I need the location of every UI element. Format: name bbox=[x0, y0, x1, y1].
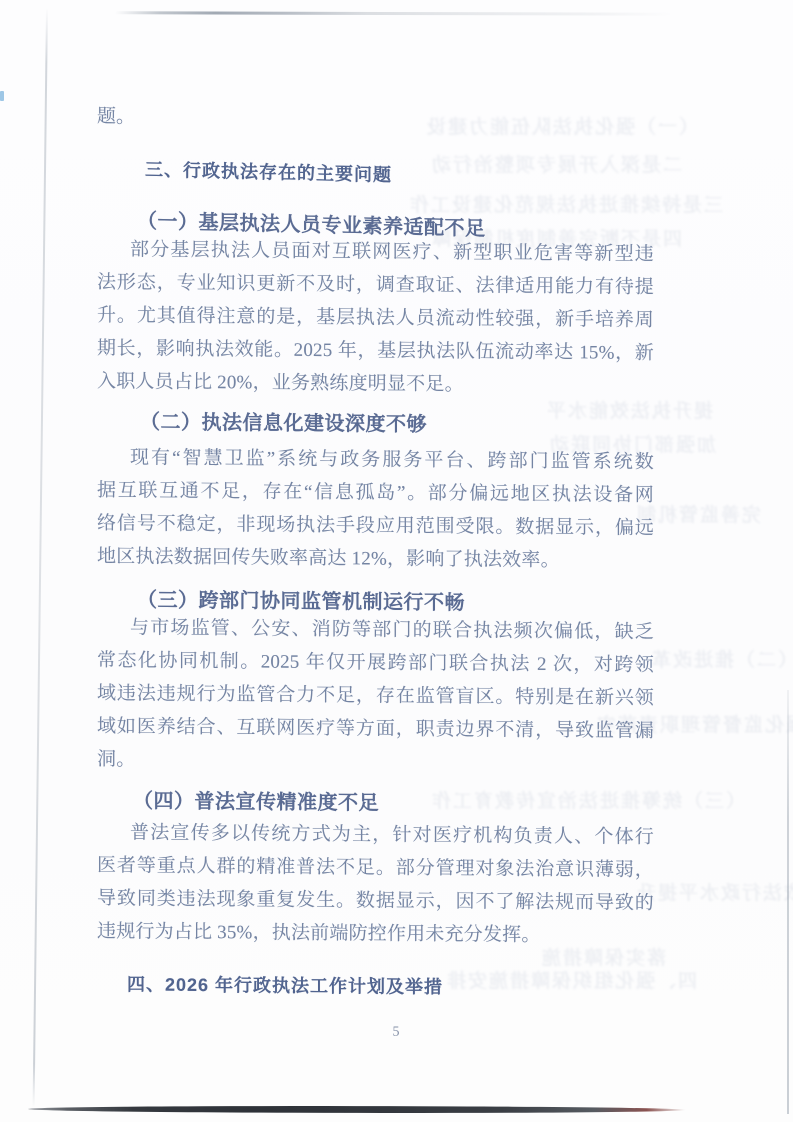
subsection-heading-3: （三）跨部门协同监管机制运行不畅 bbox=[137, 583, 465, 615]
paragraph-line: 洞。 bbox=[97, 747, 654, 777]
section-heading-4-work-plan: 四、2026 年行政执法工作计划及举措 bbox=[127, 970, 443, 999]
paragraph-line: 常态化协同机制。2025 年仅开展跨部门联合执法 2 次，对跨领 bbox=[97, 648, 654, 678]
scanned-document-page: （一）强化执法队伍能力建设 二是深入开展专项整治行动 三是持续推进执法规范化建设… bbox=[0, 0, 793, 1122]
paragraph-line: 据互联互通不足，存在“信息孤岛”。部分偏远地区执法设备网 bbox=[97, 478, 654, 508]
paragraph-line: 与市场监管、公安、消防等部门的联合执法频次偏低，缺乏 bbox=[97, 615, 654, 645]
paragraph-line: 现有“智慧卫监”系统与政务服务平台、跨部门监管系统数 bbox=[97, 445, 654, 475]
paragraph-continuation-line: 题。 bbox=[97, 101, 135, 129]
paragraph-line: 导致同类违法现象重复发生。数据显示，因不了解法规而导致的 bbox=[97, 886, 654, 916]
paragraph-line: 期长，影响执法效能。2025 年，基层执法队伍流动率达 15%，新 bbox=[97, 336, 654, 366]
subsection-heading-2: （二）执法信息化建设深度不够 bbox=[140, 405, 427, 437]
subsection-heading-1: （一）基层执法人员专业素养适配不足 bbox=[137, 204, 486, 241]
paragraph-line: 域如医养结合、互联网医疗等方面，职责边界不清，导致监管漏 bbox=[97, 714, 654, 744]
paragraph-line: 地区执法数据回传失败率高达 12%，影响了执法效率。 bbox=[97, 544, 654, 574]
page-number: 5 bbox=[0, 1021, 793, 1044]
paragraph-line: 域违法违规行为监管合力不足，存在监管盲区。特别是在新兴领 bbox=[97, 681, 654, 711]
paragraph-line: 违规行为占比 35%，执法前端防控作用未充分发挥。 bbox=[97, 919, 654, 949]
paragraph-line: 部分基层执法人员面对互联网医疗、新型职业危害等新型违 bbox=[97, 237, 654, 267]
paragraph-line: 法形态，专业知识更新不及时，调查取证、法律适用能力有待提 bbox=[97, 270, 654, 300]
paragraph-line: 普法宣传多以传统方式为主，针对医疗机构负责人、个体行 bbox=[97, 820, 654, 850]
paragraph-line: 医者等重点人群的精准普法不足。部分管理对象法治意识薄弱， bbox=[97, 853, 654, 883]
paragraph-line: 升。尤其值得注意的是，基层执法人员流动性较强，新手培养周 bbox=[97, 303, 654, 333]
section-heading-3-main-problems: 三、行政执法存在的主要问题 bbox=[145, 155, 392, 187]
paragraph-line: 入职人员占比 20%，业务熟练度明显不足。 bbox=[97, 369, 654, 399]
page-content: 题。 三、行政执法存在的主要问题 （一）基层执法人员专业素养适配不足 部分基层执… bbox=[0, 0, 793, 1122]
paragraph-line: 络信号不稳定，非现场执法手段应用范围受限。数据显示，偏远 bbox=[97, 511, 654, 541]
subsection-heading-4: （四）普法宣传精准度不足 bbox=[133, 784, 379, 815]
